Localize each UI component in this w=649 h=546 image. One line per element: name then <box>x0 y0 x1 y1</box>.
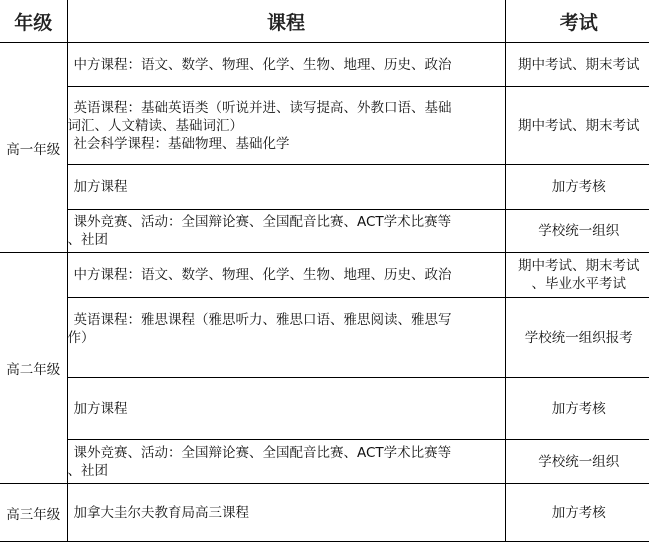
course-text: 加拿大圭尔夫教育局高三课程 <box>68 504 505 522</box>
course-text: 英语课程：雅思课程（雅思听力、雅思口语、雅思阅读、雅思写 <box>68 311 505 329</box>
table-row: 高二年级 中方课程：语文、数学、物理、化学、生物、地理、历史、政治 期中考试、期… <box>0 253 649 298</box>
header-course: 课程 <box>67 0 505 43</box>
exam-text: 期中考试、期末考试 <box>506 257 649 275</box>
exam-cell: 加方考核 <box>505 484 649 542</box>
course-cell: 加拿大圭尔夫教育局高三课程 <box>67 484 505 542</box>
course-text: 英语课程：基础英语类（听说并进、读写提高、外教口语、基础 <box>68 99 505 117</box>
header-exam: 考试 <box>505 0 649 43</box>
curriculum-table: 年级 课程 考试 高一年级 中方课程：语文、数学、物理、化学、生物、地理、历史、… <box>0 0 649 542</box>
table-row: 高三年级 加拿大圭尔夫教育局高三课程 加方考核 <box>0 484 649 542</box>
table-row: 加方课程 加方考核 <box>0 165 649 210</box>
course-text: 课外竞赛、活动：全国辩论赛、全国配音比赛、ACT学术比赛等 <box>68 444 505 462</box>
course-text: 社会科学课程：基础物理、基础化学 <box>68 135 505 153</box>
course-cell: 中方课程：语文、数学、物理、化学、生物、地理、历史、政治 <box>67 43 505 87</box>
course-cell: 英语课程：雅思课程（雅思听力、雅思口语、雅思阅读、雅思写 作） <box>67 298 505 378</box>
grade-cell: 高三年级 <box>0 484 67 542</box>
course-cell: 课外竞赛、活动：全国辩论赛、全国配音比赛、ACT学术比赛等 、社团 <box>67 210 505 253</box>
exam-cell: 期中考试、期末考试 <box>505 43 649 87</box>
grade-cell: 高一年级 <box>0 43 67 253</box>
exam-cell: 加方考核 <box>505 378 649 440</box>
course-text: 中方课程：语文、数学、物理、化学、生物、地理、历史、政治 <box>68 56 505 74</box>
course-text: 加方课程 <box>68 400 505 418</box>
course-text: 作） <box>68 329 505 347</box>
header-grade: 年级 <box>0 0 67 43</box>
exam-cell: 期中考试、期末考试 、毕业水平考试 <box>505 253 649 298</box>
course-text: 课外竞赛、活动：全国辩论赛、全国配音比赛、ACT学术比赛等 <box>68 213 505 231</box>
course-cell: 加方课程 <box>67 165 505 210</box>
exam-cell: 加方考核 <box>505 165 649 210</box>
header-row: 年级 课程 考试 <box>0 0 649 43</box>
course-text: 、社团 <box>68 462 505 480</box>
course-cell: 中方课程：语文、数学、物理、化学、生物、地理、历史、政治 <box>67 253 505 298</box>
grade-cell: 高二年级 <box>0 253 67 484</box>
course-text: 、社团 <box>68 231 505 249</box>
course-cell: 课外竞赛、活动：全国辩论赛、全国配音比赛、ACT学术比赛等 、社团 <box>67 440 505 484</box>
table-row: 课外竞赛、活动：全国辩论赛、全国配音比赛、ACT学术比赛等 、社团 学校统一组织 <box>0 210 649 253</box>
course-text: 词汇、人文精读、基础词汇） <box>68 117 505 135</box>
table-row: 课外竞赛、活动：全国辩论赛、全国配音比赛、ACT学术比赛等 、社团 学校统一组织 <box>0 440 649 484</box>
table-row: 加方课程 加方考核 <box>0 378 649 440</box>
exam-cell: 期中考试、期末考试 <box>505 87 649 165</box>
course-text: 加方课程 <box>68 178 505 196</box>
table-row: 高一年级 中方课程：语文、数学、物理、化学、生物、地理、历史、政治 期中考试、期… <box>0 43 649 87</box>
exam-cell: 学校统一组织 <box>505 440 649 484</box>
exam-cell: 学校统一组织 <box>505 210 649 253</box>
exam-text: 、毕业水平考试 <box>506 275 649 293</box>
course-cell: 英语课程：基础英语类（听说并进、读写提高、外教口语、基础 词汇、人文精读、基础词… <box>67 87 505 165</box>
exam-cell: 学校统一组织报考 <box>505 298 649 378</box>
course-text: 中方课程：语文、数学、物理、化学、生物、地理、历史、政治 <box>68 266 505 284</box>
table-row: 英语课程：基础英语类（听说并进、读写提高、外教口语、基础 词汇、人文精读、基础词… <box>0 87 649 165</box>
table-row: 英语课程：雅思课程（雅思听力、雅思口语、雅思阅读、雅思写 作） 学校统一组织报考 <box>0 298 649 378</box>
course-cell: 加方课程 <box>67 378 505 440</box>
